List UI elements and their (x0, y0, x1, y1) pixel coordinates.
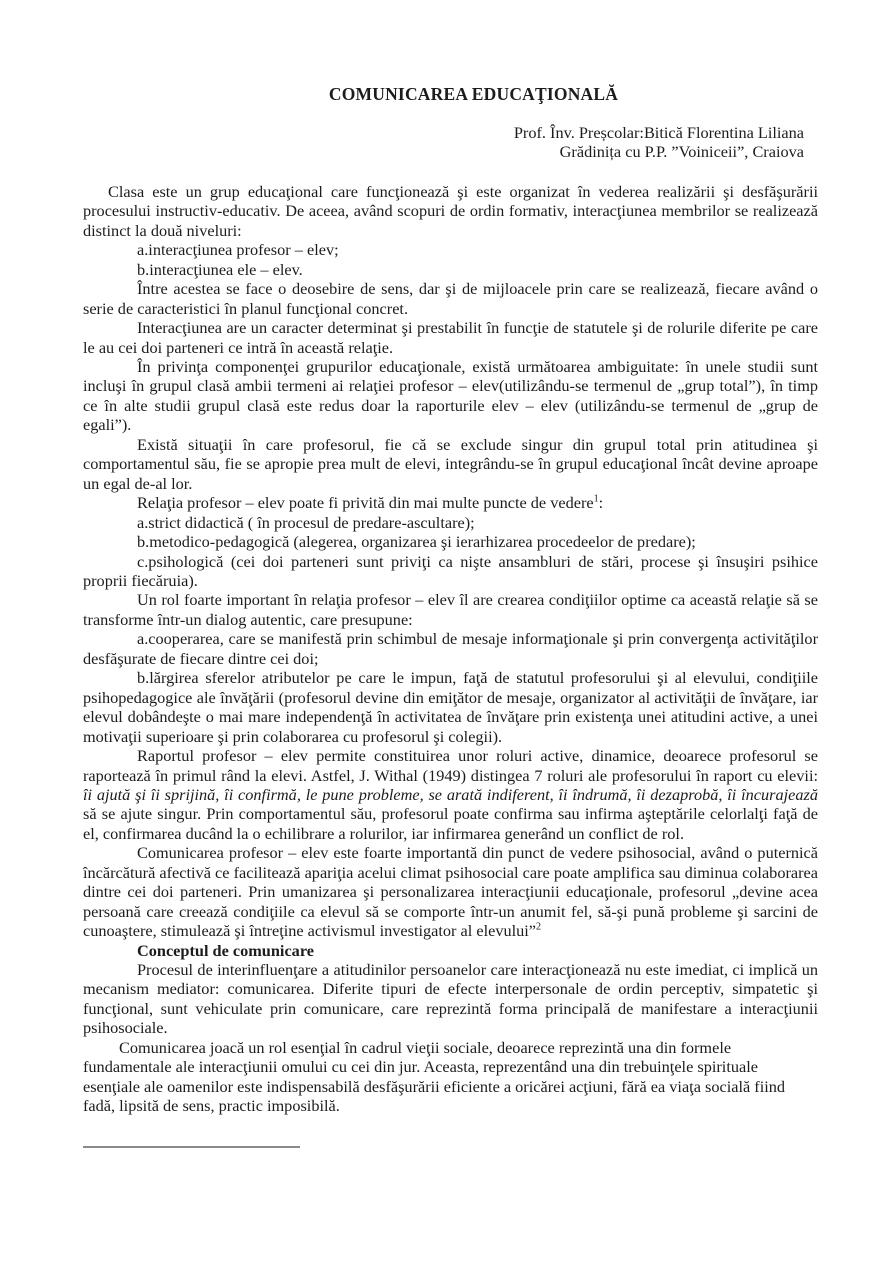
author-block: Prof. Înv. Preșcolar:Bitică Florentina L… (83, 123, 818, 162)
paragraph-componenta-grupurilor: În privinţa componenţei grupurilor educa… (83, 357, 818, 435)
paragraph-intro: Clasa este un grup educaţional care func… (83, 182, 818, 240)
list-item-b-largirea: b.lărgirea sferelor atributelor pe care … (83, 668, 818, 746)
subheading-conceptul-de-comunicare: Conceptul de comunicare (83, 941, 818, 960)
paragraph-relatia-puncte-vedere: Relaţia profesor – elev poate fi privită… (83, 493, 818, 512)
list-item-a-didactica: a.strict didactică ( în procesul de pred… (83, 513, 818, 532)
paragraph-raportul-withal: Raportul profesor – elev permite constit… (83, 746, 818, 843)
list-item-a-interactiune: a.interacţiunea profesor – elev; (83, 240, 818, 259)
document-title: COMUNICAREA EDUCAŢIONALĂ (83, 84, 818, 104)
document-page: COMUNICAREA EDUCAŢIONALĂ Prof. Înv. Preș… (0, 0, 892, 1263)
list-item-a-cooperarea: a.cooperarea, care se manifestă prin sch… (83, 629, 818, 668)
paragraph-comunicarea-rol-esential: Comunicarea joacă un rol esenţial în cad… (83, 1038, 818, 1116)
author-line-2: Grădinița cu P.P. ”Voiniceii”, Craiova (83, 142, 804, 161)
italic-roles-list: îi ajută şi îi sprijină, îi confirmă, le… (83, 785, 818, 804)
footnote-separator (83, 1146, 300, 1148)
author-line-1: Prof. Înv. Preșcolar:Bitică Florentina L… (83, 123, 804, 142)
paragraph-rol-important: Un rol foarte important în relaţia profe… (83, 590, 818, 629)
paragraph-procesul-interinfluentare: Procesul de interinfluenţare a atitudini… (83, 960, 818, 1038)
paragraph-comunicarea-psihosocial: Comunicarea profesor – elev este foarte … (83, 843, 818, 940)
paragraph-situatii-profesor: Există situaţii în care profesorul, fie … (83, 435, 818, 493)
paragraph-deosebire: Între acestea se face o deosebire de sen… (83, 279, 818, 318)
footnote-marker-2: 2 (536, 922, 541, 933)
paragraph-interactiunea-caracter: Interacţiunea are un caracter determinat… (83, 318, 818, 357)
list-item-b-interactiune: b.interacţiunea ele – elev. (83, 260, 818, 279)
list-item-b-metodico: b.metodico-pedagogică (alegerea, organiz… (83, 532, 818, 551)
list-item-c-psihologica: c.psihologică (cei doi parteneri sunt pr… (83, 552, 818, 591)
